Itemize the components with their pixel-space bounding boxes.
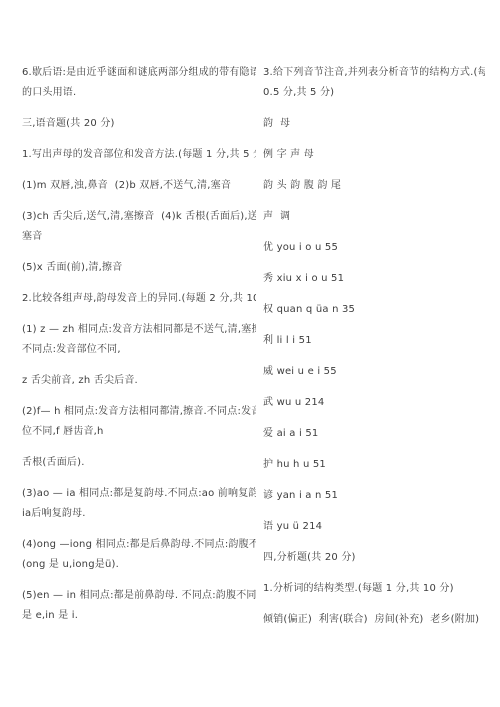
text-line: 威 wei u e i 55: [263, 362, 485, 382]
paragraph: 护 hu h u 51: [263, 455, 485, 475]
text-line: 2.比较各组声母,韵母发音上的异同.(每题 2 分,共 10 分): [22, 289, 256, 309]
text-line: (ong 是 u,iong是ü).: [22, 555, 256, 575]
paragraph: 1.写出声母的发音部位和发音方法.(每题 1 分,共 5 分): [22, 145, 256, 165]
paragraph: 例 字 声 母: [263, 145, 485, 165]
paragraph: 倾销(偏正) 利害(联合) 房间(补充) 老乡(附加): [263, 610, 485, 630]
text-line: 6.歇后语:是由近乎谜面和谜底两部分组成的带有隐语性质: [22, 63, 256, 83]
paragraph: (1) z — zh 相同点:发音方法相同都是不送气,清,塞擦音.不同点:发音部…: [22, 320, 256, 360]
text-line: 爱 ai a i 51: [263, 424, 485, 444]
text-line: (5)en — in 相同点:都是前鼻韵母. 不同点:韵腹不同 en: [22, 586, 256, 606]
paragraph: (5)en — in 相同点:都是前鼻韵母. 不同点:韵腹不同 en是 e,in…: [22, 586, 256, 626]
text-line: 0.5 分,共 5 分): [263, 83, 485, 103]
text-line: (3)ao — ia 相同点:都是复韵母.不同点:ao 前响复韵母,: [22, 484, 256, 504]
paragraph: 3.给下列音节注音,并列表分析音节的结构方式.(每个音节0.5 分,共 5 分): [263, 63, 485, 103]
text-line: 倾销(偏正) 利害(联合) 房间(补充) 老乡(附加): [263, 610, 485, 630]
paragraph: z 舌尖前音, zh 舌尖后音.: [22, 371, 256, 391]
text-line: (3)ch 舌尖后,送气,清,塞擦音 (4)k 舌根(舌面后),送气,清,: [22, 207, 256, 227]
text-line: 三,语音题(共 20 分): [22, 114, 256, 134]
text-line: (5)x 舌面(前),清,擦音: [22, 258, 256, 278]
paragraph: 韵 母: [263, 114, 485, 134]
text-line: 利 li l i 51: [263, 331, 485, 351]
text-line: 谚 yan i a n 51: [263, 486, 485, 506]
text-line: (4)ong —iong 相同点:都是后鼻韵母.不同点:韵腹不同: [22, 535, 256, 555]
paragraph: 秀 xiu x i o u 51: [263, 269, 485, 289]
text-line: 1.分析词的结构类型.(每题 1 分,共 10 分): [263, 579, 485, 599]
text-line: 例 字 声 母: [263, 145, 485, 165]
right-text-column: 3.给下列音节注音,并列表分析音节的结构方式.(每个音节0.5 分,共 5 分)…: [263, 63, 485, 641]
text-line: 位不同,f 唇齿音,h: [22, 422, 256, 442]
text-line: 武 wu u 214: [263, 393, 485, 413]
paragraph: 爱 ai a i 51: [263, 424, 485, 444]
text-line: 是 e,in 是 i.: [22, 606, 256, 626]
paragraph: 三,语音题(共 20 分): [22, 114, 256, 134]
paragraph: 2.比较各组声母,韵母发音上的异同.(每题 2 分,共 10 分): [22, 289, 256, 309]
text-line: 舌根(舌面后).: [22, 453, 256, 473]
text-line: z 舌尖前音, zh 舌尖后音.: [22, 371, 256, 391]
paragraph: 武 wu u 214: [263, 393, 485, 413]
text-line: (1)m 双唇,浊,鼻音 (2)b 双唇,不送气,清,塞音: [22, 176, 256, 196]
paragraph: 舌根(舌面后).: [22, 453, 256, 473]
paragraph: (2)f— h 相同点:发音方法相同都清,擦音.不同点:发音部位不同,f 唇齿音…: [22, 402, 256, 442]
text-line: 1.写出声母的发音部位和发音方法.(每题 1 分,共 5 分): [22, 145, 256, 165]
paragraph: 权 quan q üa n 35: [263, 300, 485, 320]
paragraph: 谚 yan i a n 51: [263, 486, 485, 506]
text-line: ia后响复韵母.: [22, 504, 256, 524]
text-line: 的口头用语.: [22, 83, 256, 103]
paragraph: (5)x 舌面(前),清,擦音: [22, 258, 256, 278]
text-line: (2)f— h 相同点:发音方法相同都清,擦音.不同点:发音部: [22, 402, 256, 422]
left-text-column: 6.歇后语:是由近乎谜面和谜底两部分组成的带有隐语性质的口头用语.三,语音题(共…: [22, 63, 256, 637]
text-line: 韵 母: [263, 114, 485, 134]
text-line: 优 you i o u 55: [263, 238, 485, 258]
paragraph: 威 wei u e i 55: [263, 362, 485, 382]
document-page: 6.歇后语:是由近乎谜面和谜底两部分组成的带有隐语性质的口头用语.三,语音题(共…: [0, 0, 500, 707]
text-line: 3.给下列音节注音,并列表分析音节的结构方式.(每个音节: [263, 63, 485, 83]
text-line: 护 hu h u 51: [263, 455, 485, 475]
paragraph: 四,分析题(共 20 分): [263, 548, 485, 568]
text-line: 韵 头 韵 腹 韵 尾: [263, 176, 485, 196]
paragraph: (3)ch 舌尖后,送气,清,塞擦音 (4)k 舌根(舌面后),送气,清,塞音: [22, 207, 256, 247]
paragraph: (1)m 双唇,浊,鼻音 (2)b 双唇,不送气,清,塞音: [22, 176, 256, 196]
text-line: 语 yu ü 214: [263, 517, 485, 537]
paragraph: 利 li l i 51: [263, 331, 485, 351]
paragraph: 优 you i o u 55: [263, 238, 485, 258]
text-line: 四,分析题(共 20 分): [263, 548, 485, 568]
paragraph: 韵 头 韵 腹 韵 尾: [263, 176, 485, 196]
paragraph: 6.歇后语:是由近乎谜面和谜底两部分组成的带有隐语性质的口头用语.: [22, 63, 256, 103]
paragraph: 语 yu ü 214: [263, 517, 485, 537]
text-line: (1) z — zh 相同点:发音方法相同都是不送气,清,塞擦音.: [22, 320, 256, 340]
paragraph: 1.分析词的结构类型.(每题 1 分,共 10 分): [263, 579, 485, 599]
text-line: 声 调: [263, 207, 485, 227]
paragraph: (4)ong —iong 相同点:都是后鼻韵母.不同点:韵腹不同(ong 是 u…: [22, 535, 256, 575]
paragraph: 声 调: [263, 207, 485, 227]
paragraph: (3)ao — ia 相同点:都是复韵母.不同点:ao 前响复韵母,ia后响复韵…: [22, 484, 256, 524]
text-line: 不同点:发音部位不同,: [22, 340, 256, 360]
text-line: 塞音: [22, 227, 256, 247]
text-line: 权 quan q üa n 35: [263, 300, 485, 320]
text-line: 秀 xiu x i o u 51: [263, 269, 485, 289]
